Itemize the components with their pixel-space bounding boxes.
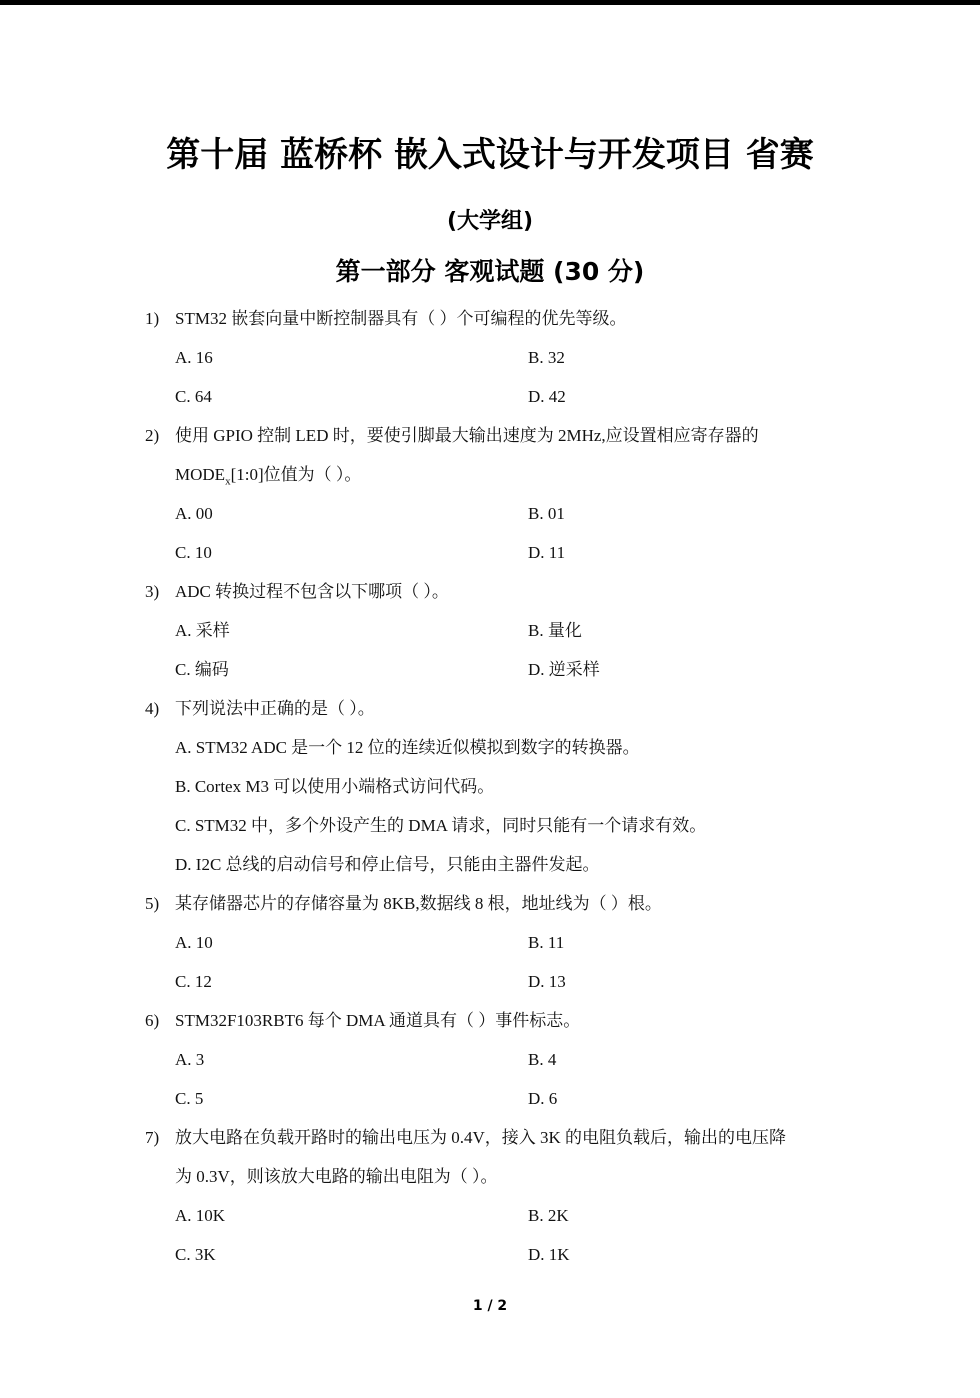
options-grid: A. 采样 B. 量化 C. 编码 D. 逆采样 [175, 611, 920, 689]
option-c: C. 12 [175, 962, 528, 1001]
question-6: 6) STM32F103RBT6 每个 DMA 通道具有（ ）事件标志。 A. … [145, 1001, 920, 1118]
option-b: B. 32 [528, 338, 920, 377]
question-5: 5) 某存储器芯片的存储容量为 8KB,数据线 8 根，地址线为（ ）根。 A.… [145, 884, 920, 1001]
question-text: ADC 转换过程不包含以下哪项（ ）。 [175, 572, 920, 611]
top-border [0, 0, 980, 5]
section-heading: 第一部分 客观试题 (30 分) [0, 255, 980, 289]
question-text: 使用 GPIO 控制 LED 时，要使引脚最大输出速度为 2MHz,应设置相应寄… [175, 416, 920, 455]
question-text: 某存储器芯片的存储容量为 8KB,数据线 8 根，地址线为（ ）根。 [175, 884, 920, 923]
question-number: 2) [145, 416, 175, 455]
question-7: 7) 放大电路在负载开路时的输出电压为 0.4V，接入 3K 的电阻负载后，输出… [145, 1118, 920, 1274]
question-body: ADC 转换过程不包含以下哪项（ ）。 A. 采样 B. 量化 C. 编码 D.… [175, 572, 920, 689]
page-number: 1 / 2 [0, 1296, 980, 1316]
options-grid: A. 10K B. 2K C. 3K D. 1K [175, 1196, 920, 1274]
option-a: A. 10K [175, 1196, 528, 1235]
options-grid: A. 16 B. 32 C. 64 D. 42 [175, 338, 920, 416]
question-number: 3) [145, 572, 175, 611]
options-grid: A. 00 B. 01 C. 10 D. 11 [175, 494, 920, 572]
options-grid: A. 10 B. 11 C. 12 D. 13 [175, 923, 920, 1001]
register-name: MODE [175, 465, 225, 484]
option-c: C. STM32 中，多个外设产生的 DMA 请求，同时只能有一个请求有效。 [175, 806, 920, 845]
option-d: D. 1K [528, 1235, 920, 1274]
question-text: STM32F103RBT6 每个 DMA 通道具有（ ）事件标志。 [175, 1001, 920, 1040]
option-a: A. 采样 [175, 611, 528, 650]
question-text: STM32 嵌套向量中断控制器具有（ ）个可编程的优先等级。 [175, 299, 920, 338]
option-d: D. 6 [528, 1079, 920, 1118]
option-c: C. 10 [175, 533, 528, 572]
option-a: A. 16 [175, 338, 528, 377]
question-2: 2) 使用 GPIO 控制 LED 时，要使引脚最大输出速度为 2MHz,应设置… [145, 416, 920, 572]
question-1: 1) STM32 嵌套向量中断控制器具有（ ）个可编程的优先等级。 A. 16 … [145, 299, 920, 416]
option-d: D. I2C 总线的启动信号和停止信号，只能由主器件发起。 [175, 845, 920, 884]
option-d: D. 13 [528, 962, 920, 1001]
question-text: 下列说法中正确的是（ ）。 [175, 689, 920, 728]
option-c: C. 64 [175, 377, 528, 416]
option-d: D. 42 [528, 377, 920, 416]
options-grid: A. 3 B. 4 C. 5 D. 6 [175, 1040, 920, 1118]
question-number: 6) [145, 1001, 175, 1040]
page-title: 第十届 蓝桥杯 嵌入式设计与开发项目 省赛 [0, 133, 980, 177]
question-number: 5) [145, 884, 175, 923]
question-text-line2: MODEx[1:0]位值为（ ）。 [175, 455, 920, 494]
question-body: 使用 GPIO 控制 LED 时，要使引脚最大输出速度为 2MHz,应设置相应寄… [175, 416, 920, 572]
question-body: 放大电路在负载开路时的输出电压为 0.4V，接入 3K 的电阻负载后，输出的电压… [175, 1118, 920, 1274]
option-b: B. 4 [528, 1040, 920, 1079]
option-b: B. 2K [528, 1196, 920, 1235]
option-b: B. 量化 [528, 611, 920, 650]
question-text-line2: 为 0.3V，则该放大电路的输出电阻为（ ）。 [175, 1157, 920, 1196]
question-text-rest: [1:0]位值为（ ）。 [231, 465, 362, 484]
option-c: C. 编码 [175, 650, 528, 689]
question-text: 放大电路在负载开路时的输出电压为 0.4V，接入 3K 的电阻负载后，输出的电压… [175, 1118, 920, 1157]
option-d: D. 11 [528, 533, 920, 572]
option-c: C. 3K [175, 1235, 528, 1274]
group-subtitle: (大学组) [0, 207, 980, 237]
option-b: B. 11 [528, 923, 920, 962]
question-3: 3) ADC 转换过程不包含以下哪项（ ）。 A. 采样 B. 量化 C. 编码… [145, 572, 920, 689]
option-a: A. STM32 ADC 是一个 12 位的连续近似模拟到数字的转换器。 [175, 728, 920, 767]
option-b: B. Cortex M3 可以使用小端格式访问代码。 [175, 767, 920, 806]
question-body: 某存储器芯片的存储容量为 8KB,数据线 8 根，地址线为（ ）根。 A. 10… [175, 884, 920, 1001]
question-body: STM32 嵌套向量中断控制器具有（ ）个可编程的优先等级。 A. 16 B. … [175, 299, 920, 416]
question-body: 下列说法中正确的是（ ）。 A. STM32 ADC 是一个 12 位的连续近似… [175, 689, 920, 884]
option-a: A. 3 [175, 1040, 528, 1079]
question-4: 4) 下列说法中正确的是（ ）。 A. STM32 ADC 是一个 12 位的连… [145, 689, 920, 884]
option-a: A. 00 [175, 494, 528, 533]
question-number: 7) [145, 1118, 175, 1157]
option-b: B. 01 [528, 494, 920, 533]
option-a: A. 10 [175, 923, 528, 962]
question-body: STM32F103RBT6 每个 DMA 通道具有（ ）事件标志。 A. 3 B… [175, 1001, 920, 1118]
question-number: 1) [145, 299, 175, 338]
question-number: 4) [145, 689, 175, 728]
option-d: D. 逆采样 [528, 650, 920, 689]
question-list: 1) STM32 嵌套向量中断控制器具有（ ）个可编程的优先等级。 A. 16 … [145, 299, 920, 1274]
option-c: C. 5 [175, 1079, 528, 1118]
